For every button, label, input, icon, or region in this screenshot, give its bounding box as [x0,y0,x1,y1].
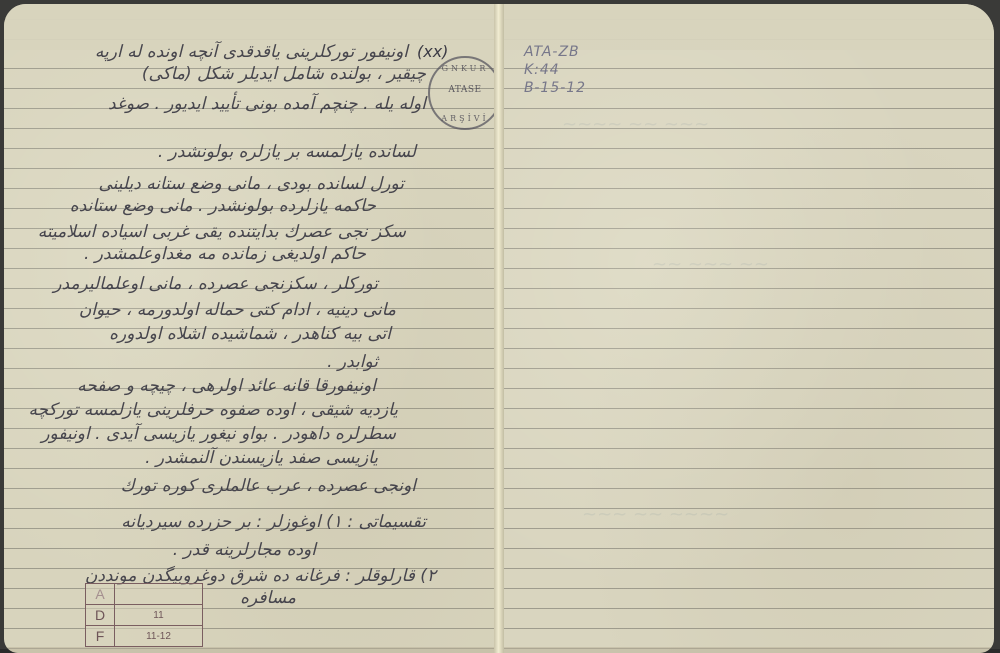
handwritten-line-16: یازیسی صفد یازیسندن آلنمشدر . [145,448,378,468]
pencil-note-3: B-15-12 [524,80,586,96]
handwritten-line-2: چیقیر ، بولنده شامل ایدیلر شكل (ماكی) [142,64,426,84]
pencil-note-2: K:44 [524,62,560,78]
stamp-top-text: GNKUR [430,64,496,73]
handwritten-line-5: تورل لسانده بودی ، مانی وضع ستانه دیلینی [98,174,404,194]
handwritten-line-7: سکز نجی عصرك بدایتنده یقی غربی اسیاده اس… [38,222,406,242]
pencil-note-1: ATA-ZB [524,44,580,60]
handwritten-line-3: اوله یله . چنچم آمده بونی تأیید ایدیور .… [108,94,426,114]
reference-key: F [86,626,115,647]
handwritten-line-1: اونیفور توركلرینی یاقدقدی آنچه اونده له … [95,42,408,62]
handwritten-line-19: اوده مجارلرینه قدر . [173,540,316,560]
bleed-through-text: ~~~ ~~ ~~~~ [562,114,709,135]
reference-row-f: F 11-12 [86,626,203,647]
reference-value [115,584,203,605]
stamp-bottom-text: ARŞİVİ [430,114,496,123]
reference-value: 11 [115,605,203,626]
handwritten-line-12: ثوابدر . [327,352,378,372]
handwritten-line-14: یازدیه شیقی ، اوده صفوه حرفلرینی یازلمسه… [29,400,399,420]
notebook-spine [494,4,504,649]
bleed-through-text: ~~~~ ~~ ~~~ [582,504,729,525]
left-page: اونیفور توركلرینی یاقدقدی آنچه اونده له … [4,4,496,649]
handwritten-line-15: سطرلره داهودر . بواو نیغور یازیسی آیدی .… [41,424,396,444]
reference-table: A D 11 F 11-12 [85,583,203,647]
margin-mark: (xx) [417,42,448,61]
reference-row-a: A [86,584,203,605]
handwritten-line-4: لسانده یازلمسه بر یازلره بولونشدر . [158,142,416,162]
right-page: ~~~ ~~ ~~~~ ~~ ~~~ ~~ ~~~~ ~~ ~~~ [502,4,994,649]
handwritten-line-18: تقسیماتی : ۱) اوغوزلر : بر حزرده سیردیان… [121,512,426,532]
handwritten-line-13: اونیفورقا قانه عائد اولرهی ، چیچه و صفحه [77,376,376,396]
handwritten-line-8: حاکم اولدیغی زمانده مه مغداوعلمشدر . [84,244,366,264]
archive-stamp: GNKUR ATASE ARŞİVİ [428,56,496,130]
handwritten-line-6: حاکمه یازلرده بولونشدر . مانی وضع ستانده [70,196,376,216]
handwritten-line-9: تورکلر ، سکزنجی عصرده ، مانی اوعلمالیرمد… [53,274,378,294]
handwritten-line-21: مسافره [240,588,296,608]
handwritten-line-11: اتی بیه كناهدر ، شماشیده اشلاه اولدوره [109,324,391,344]
handwritten-line-17: اونجی عصرده ، عرب عالملری کوره تورك [121,476,416,496]
reference-row-d: D 11 [86,605,203,626]
reference-key: A [86,584,115,605]
bleed-through-text: ~~ ~~~ ~~ [652,254,769,275]
stamp-center-text: ATASE [430,85,496,95]
reference-value: 11-12 [115,626,203,647]
notebook-spread: اونیفور توركلرینی یاقدقدی آنچه اونده له … [0,0,1000,649]
handwritten-line-10: مانی دینیه ، ادام كتی حماله اولدورمه ، ح… [79,300,396,320]
reference-key: D [86,605,115,626]
